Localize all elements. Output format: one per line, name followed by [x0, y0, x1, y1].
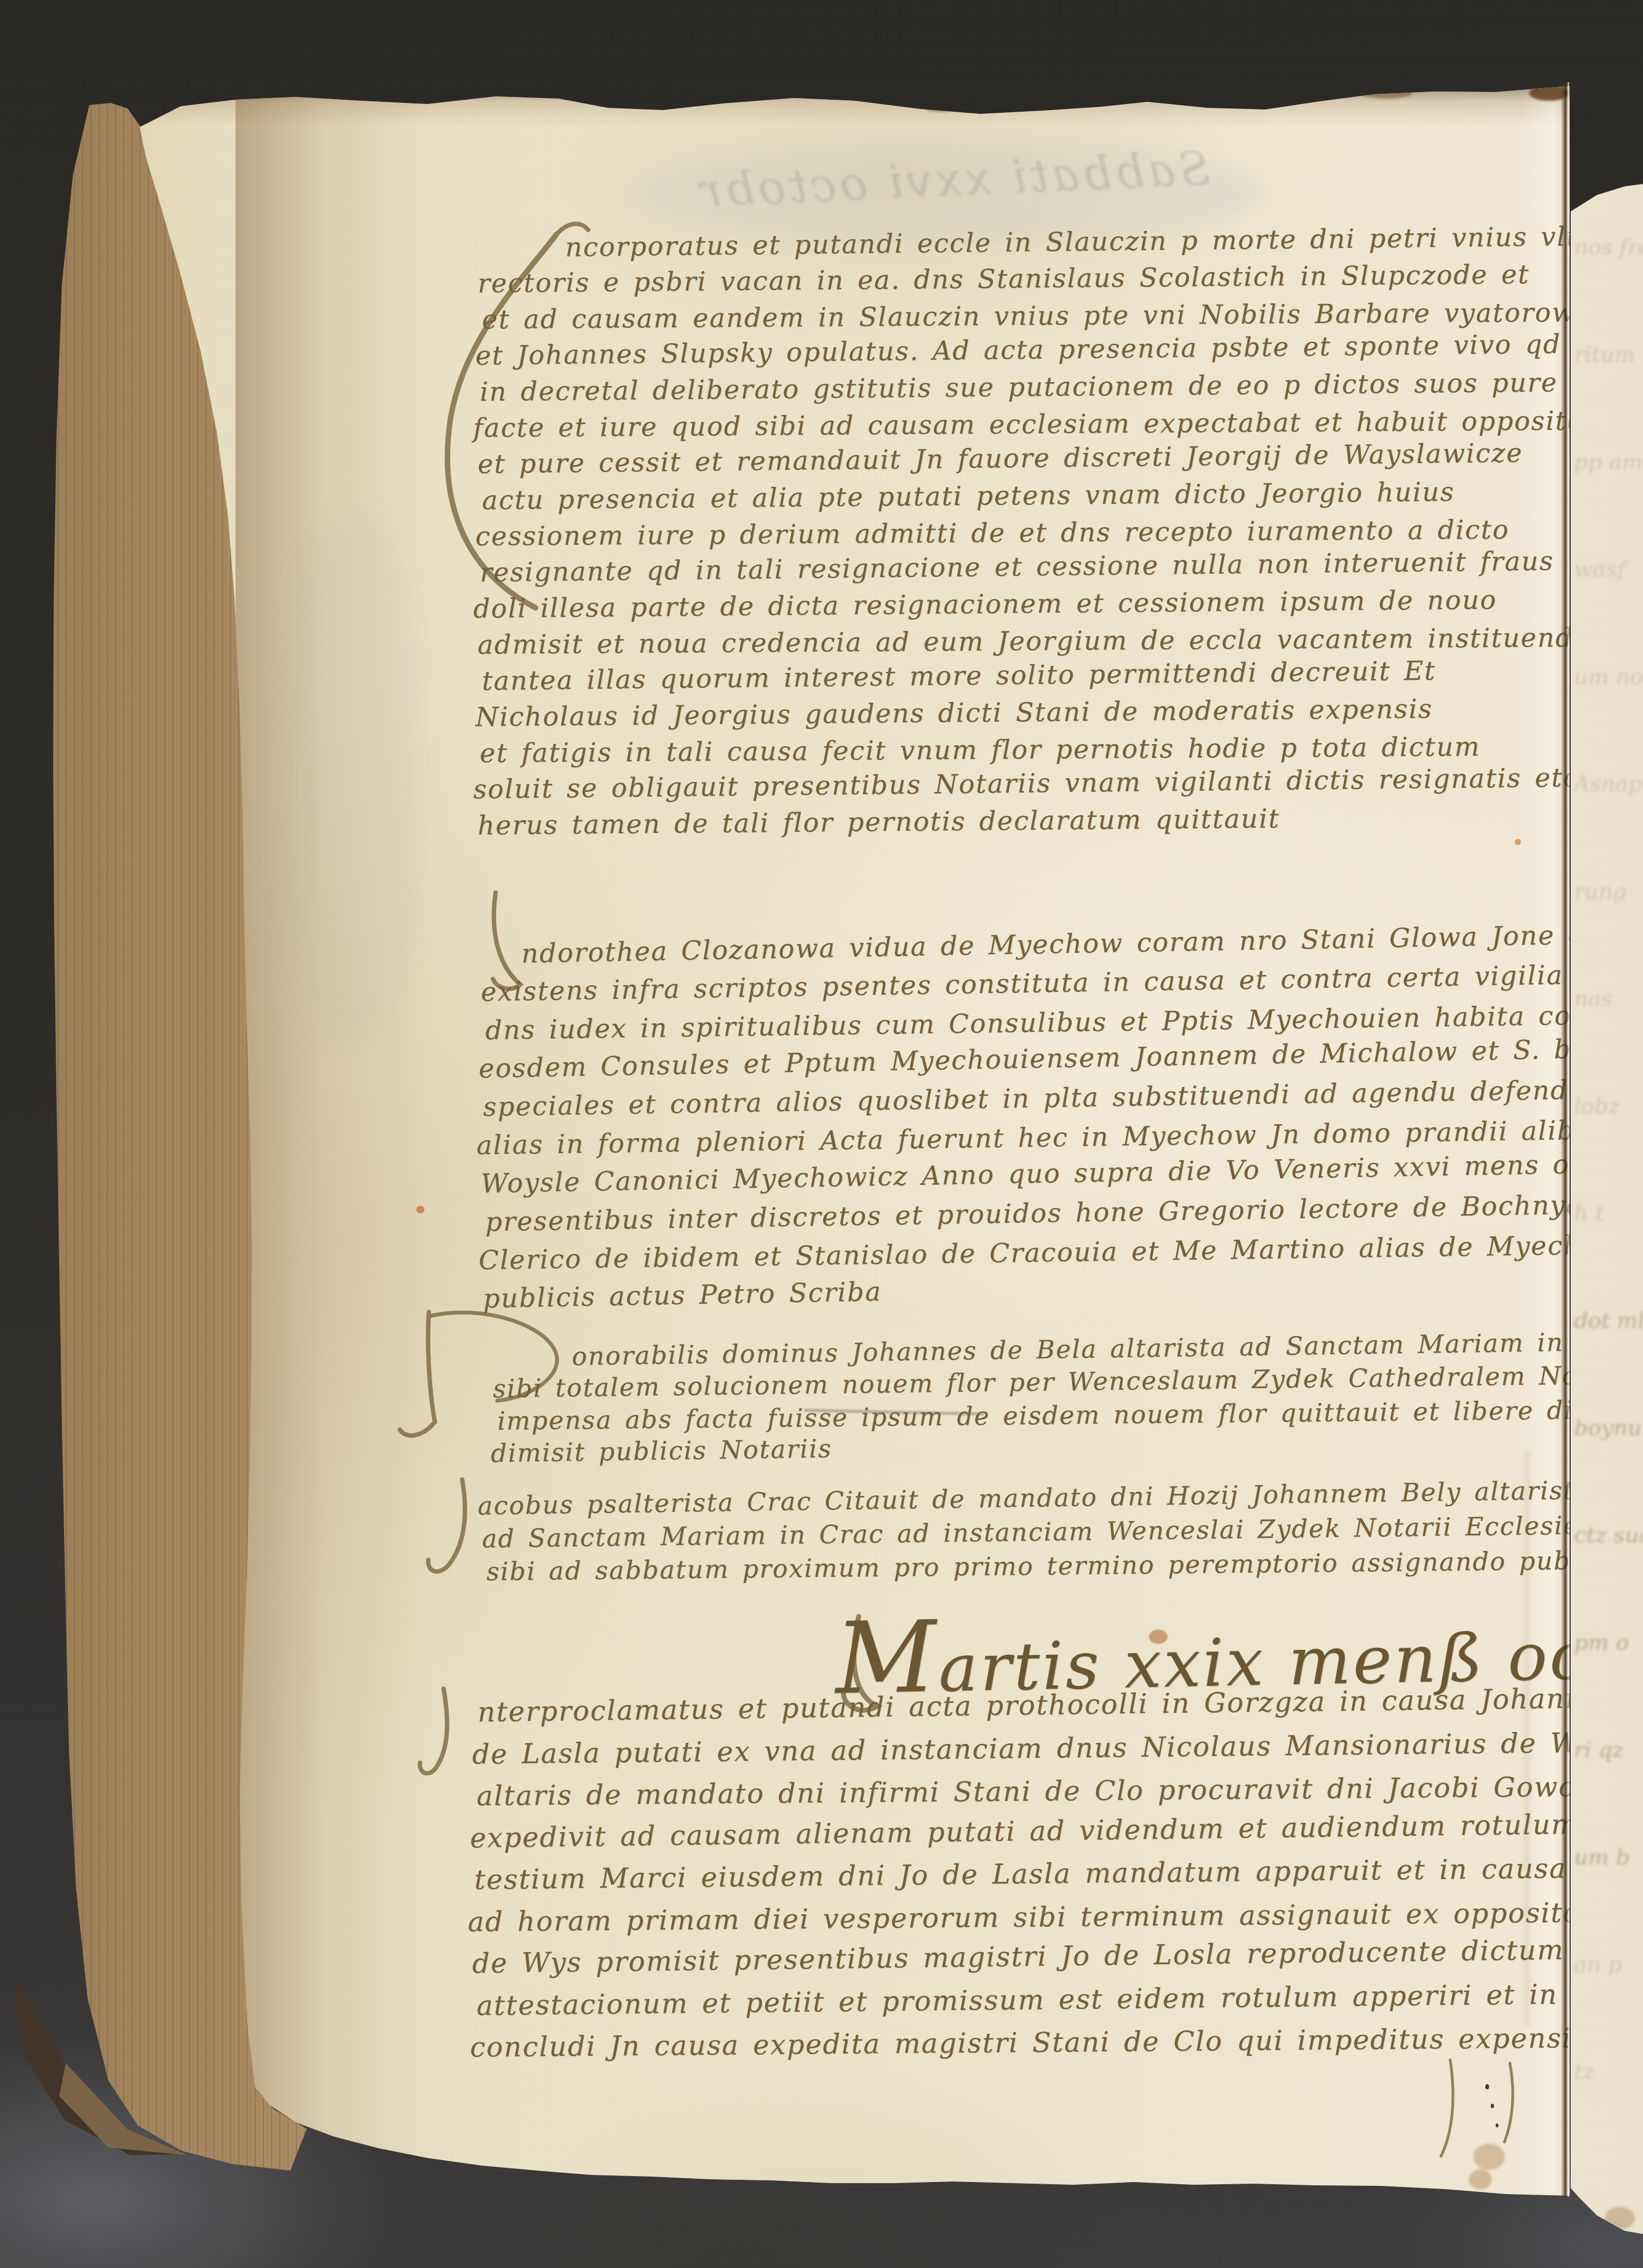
descender-flourish	[1441, 2060, 1453, 2156]
ghost-line: um no	[1574, 665, 1643, 689]
initial-flourish-entry-2	[493, 893, 520, 989]
ghost-line: um b	[1574, 1845, 1643, 1869]
ink-speck	[1496, 2123, 1498, 2127]
gutter-fold	[1561, 82, 1570, 2197]
ghost-line: tz	[1574, 2060, 1643, 2084]
ghost-line: wasf	[1574, 557, 1643, 582]
stain	[1473, 2144, 1505, 2170]
initial-flourish-entry-5	[420, 1689, 447, 1774]
descender-flourish	[1504, 2063, 1513, 2142]
stain	[1469, 2169, 1492, 2189]
initial-flourish-entry-3-stem	[400, 1312, 435, 1436]
stain	[416, 1206, 424, 1213]
ghost-line: ritum	[1574, 343, 1643, 367]
ink-speck	[1485, 2084, 1489, 2089]
stain	[1149, 1630, 1168, 1644]
initial-flourish-entry-4	[428, 1480, 465, 1572]
manuscript-line: dimisit publicis Notariis	[491, 1434, 832, 1468]
stain	[1515, 839, 1521, 845]
ghost-line: ctz sua	[1574, 1523, 1643, 1547]
ghost-line: rung	[1574, 879, 1643, 903]
ghost-line: pm o	[1574, 1631, 1643, 1655]
ghost-line: dot ml	[1574, 1309, 1643, 1333]
ghost-line: pp am	[1574, 450, 1643, 474]
ghost-line: boynu	[1574, 1416, 1643, 1440]
ghost-line: h t	[1574, 1201, 1643, 1225]
ink-speck	[1491, 2104, 1494, 2108]
ghost-line: ri qz	[1574, 1738, 1643, 1762]
ghost-line: an p	[1574, 1953, 1643, 1977]
ghost-line: lobz	[1574, 1094, 1643, 1118]
date-heading: Martis xxix menß octobr	[834, 1593, 1643, 1709]
ghost-line: Asnap	[1574, 772, 1643, 796]
ghost-line: nos freu	[1574, 235, 1643, 260]
manuscript-photo: nos freuritumpp amwasfum noAsnaprungnasl…	[0, 0, 1643, 2268]
ghost-line: nas	[1574, 987, 1643, 1011]
